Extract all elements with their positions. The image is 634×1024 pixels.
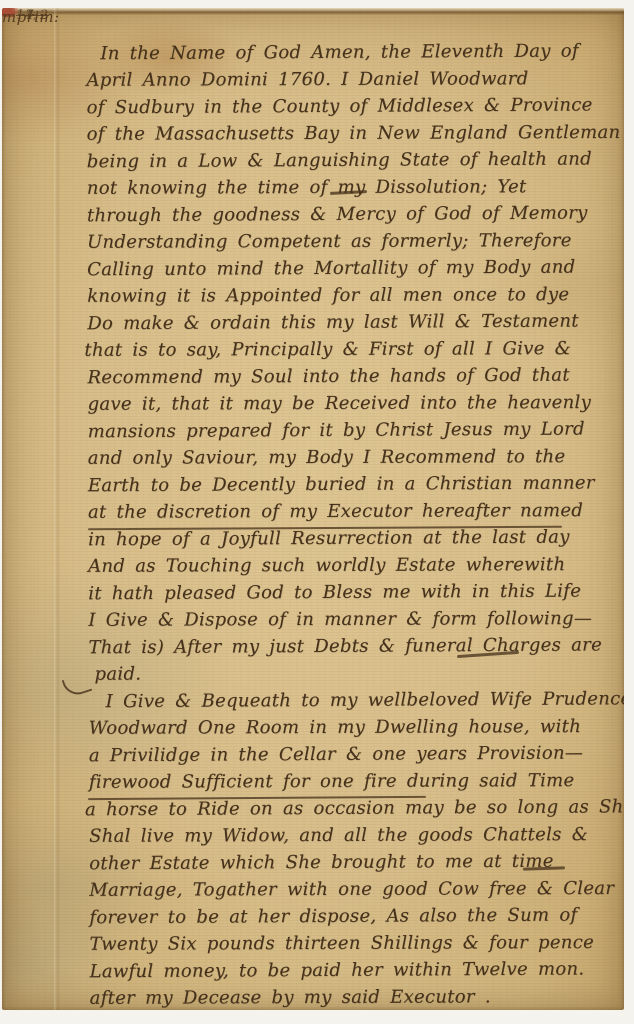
- manuscript-line: other Estate which She brought to me at …: [3, 847, 624, 877]
- margin-tick-mark: 1,: [27, 8, 38, 22]
- manuscript-line: a Privilidge in the Cellar & one years P…: [3, 739, 624, 769]
- manuscript-text-block: In the Name of God Amen, the Eleventh Da…: [2, 38, 624, 1010]
- manuscript-line: mansions prepared for it by Christ Jesus…: [2, 415, 624, 445]
- manuscript-line: a horse to Ride on as occasion may be so…: [3, 793, 624, 823]
- manuscript-line: Twenty Six pounds thirteen Shillings & f…: [3, 929, 624, 958]
- manuscript-line: Marriage, Togather with one good Cow fre…: [3, 875, 624, 904]
- manuscript-line: I Give & Bequeath to my wellbeloved Wife…: [3, 685, 624, 715]
- manuscript-line: Understanding Competent as formerly; The…: [2, 227, 623, 256]
- manuscript-line: of Sudbury in the County of Middlesex & …: [2, 91, 623, 121]
- manuscript-line: And as Touching such worldly Estate wher…: [2, 551, 624, 580]
- manuscript-line: Shal live my Widow, and all the goods Ch…: [3, 821, 624, 850]
- manuscript-line: That is) After my just Debts & funeral C…: [2, 631, 624, 661]
- manuscript-line: that is to say, Principally & First of a…: [2, 335, 623, 364]
- fold-crease: [2, 8, 624, 15]
- manuscript-line: Woodward One Room in my Dwelling house, …: [3, 713, 624, 742]
- manuscript-line: not knowing the time of my Dissolution; …: [2, 173, 623, 202]
- manuscript-line: at the discretion of my Executor hereaft…: [2, 497, 624, 526]
- manuscript-line: being in a Low & Languishing State of he…: [2, 145, 623, 175]
- manuscript-line: Recommend my Soul into the hands of God …: [2, 361, 624, 391]
- manuscript-line: Calling unto mind the Mortallity of my B…: [2, 253, 623, 283]
- manuscript-line: April Anno Domini 1760. I Daniel Woodwar…: [2, 65, 622, 94]
- manuscript-line: in hope of a Joyfull Resurrection at the…: [2, 523, 624, 553]
- manuscript-line: through the goodness & Mercy of God of M…: [2, 199, 623, 229]
- manuscript-line: Do make & ordain this my last Will & Tes…: [2, 307, 623, 337]
- manuscript-line: it hath pleased God to Bless me with in …: [2, 577, 624, 607]
- manuscript-line: In the Name of God Amen, the Eleventh Da…: [2, 37, 622, 67]
- manuscript-line: knowing it is Appointed for all men once…: [2, 281, 623, 310]
- manuscript-line: paid.: [2, 659, 624, 688]
- fold-crease: [2, 8, 624, 15]
- manuscript-line: gave it, that it may be Received into th…: [2, 389, 624, 418]
- manuscript-line: firewood Sufficient for one fire during …: [3, 767, 624, 796]
- fold-crease: [2, 8, 624, 15]
- manuscript-line: of the Massachusetts Bay in New England …: [2, 119, 623, 148]
- manuscript-page: 17:2 mprim: 4, 1, In the Name of God Ame…: [2, 8, 624, 1010]
- manuscript-line: Earth to be Decently buried in a Christi…: [2, 469, 624, 499]
- manuscript-line: Lawful money, to be paid her within Twel…: [3, 955, 624, 985]
- manuscript-line: and only Saviour, my Body I Recommend to…: [2, 443, 624, 472]
- manuscript-line: after my Decease by my said Executor .: [4, 983, 624, 1010]
- manuscript-line: forever to be at her dispose, As also th…: [3, 901, 624, 931]
- manuscript-line: I Give & Dispose of in manner & form fol…: [2, 605, 624, 634]
